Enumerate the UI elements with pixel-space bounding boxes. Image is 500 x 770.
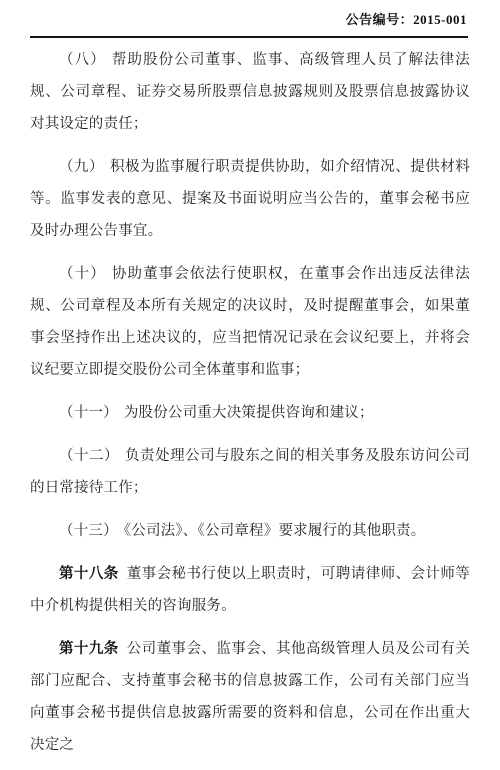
paragraph-item-9: （九）积极为监事履行职责提供协助，如介绍情况、提供材料等。监事发表的意见、提案及… (30, 151, 470, 247)
article-number-lead: 第十九条 (59, 641, 119, 657)
article-number-lead: 第十八条 (59, 566, 119, 582)
document-body: （八）帮助股份公司董事、监事、高级管理人员了解法律法规、公司章程、证券交易所股票… (30, 44, 470, 761)
paragraph-body: 协助董事会依法行使职权，在董事会作出违反法律法规、公司章程及本所有关规定的决议时… (30, 266, 470, 378)
paragraph-body: 为股份公司重大决策提供咨询和建议； (124, 405, 374, 421)
paragraph-item-8: （八）帮助股份公司董事、监事、高级管理人员了解法律法规、公司章程、证券交易所股票… (30, 44, 470, 140)
announcement-number: 公告编号：2015-001 (346, 12, 467, 27)
paragraph-item-12: （十二）负责处理公司与股东之间的相关事务及股东访问公司的日常接待工作； (30, 440, 470, 504)
paragraph-lead: （十三） (59, 523, 118, 539)
paragraph-lead: （十二） (59, 448, 119, 464)
document-header: 公告编号：2015-001 (0, 0, 500, 29)
article-18: 第十八条董事会秘书行使以上职责时，可聘请律师、会计师等中介机构提供相关的咨询服务… (30, 558, 470, 622)
paragraph-item-13: （十三）《公司法》、《公司章程》要求履行的其他职责。 (30, 515, 470, 547)
paragraph-lead: （十一） (59, 405, 118, 421)
paragraph-lead: （十） (59, 266, 106, 282)
header-divider (30, 36, 468, 38)
paragraph-item-10: （十）协助董事会依法行使职权，在董事会作出违反法律法规、公司章程及本所有关规定的… (30, 258, 470, 386)
paragraph-lead: （八） (59, 52, 106, 68)
paragraph-body: 《公司法》、《公司章程》要求履行的其他职责。 (124, 523, 426, 539)
paragraph-lead: （九） (59, 159, 104, 175)
article-19: 第十九条公司董事会、监事会、其他高级管理人员及公司有关部门应配合、支持董事会秘书… (30, 633, 470, 761)
paragraph-item-11: （十一）为股份公司重大决策提供咨询和建议； (30, 397, 470, 429)
document-page: 公告编号：2015-001 （八）帮助股份公司董事、监事、高级管理人员了解法律法… (0, 0, 500, 770)
paragraph-body: 公司董事会、监事会、其他高级管理人员及公司有关部门应配合、支持董事会秘书的信息披… (30, 641, 470, 753)
